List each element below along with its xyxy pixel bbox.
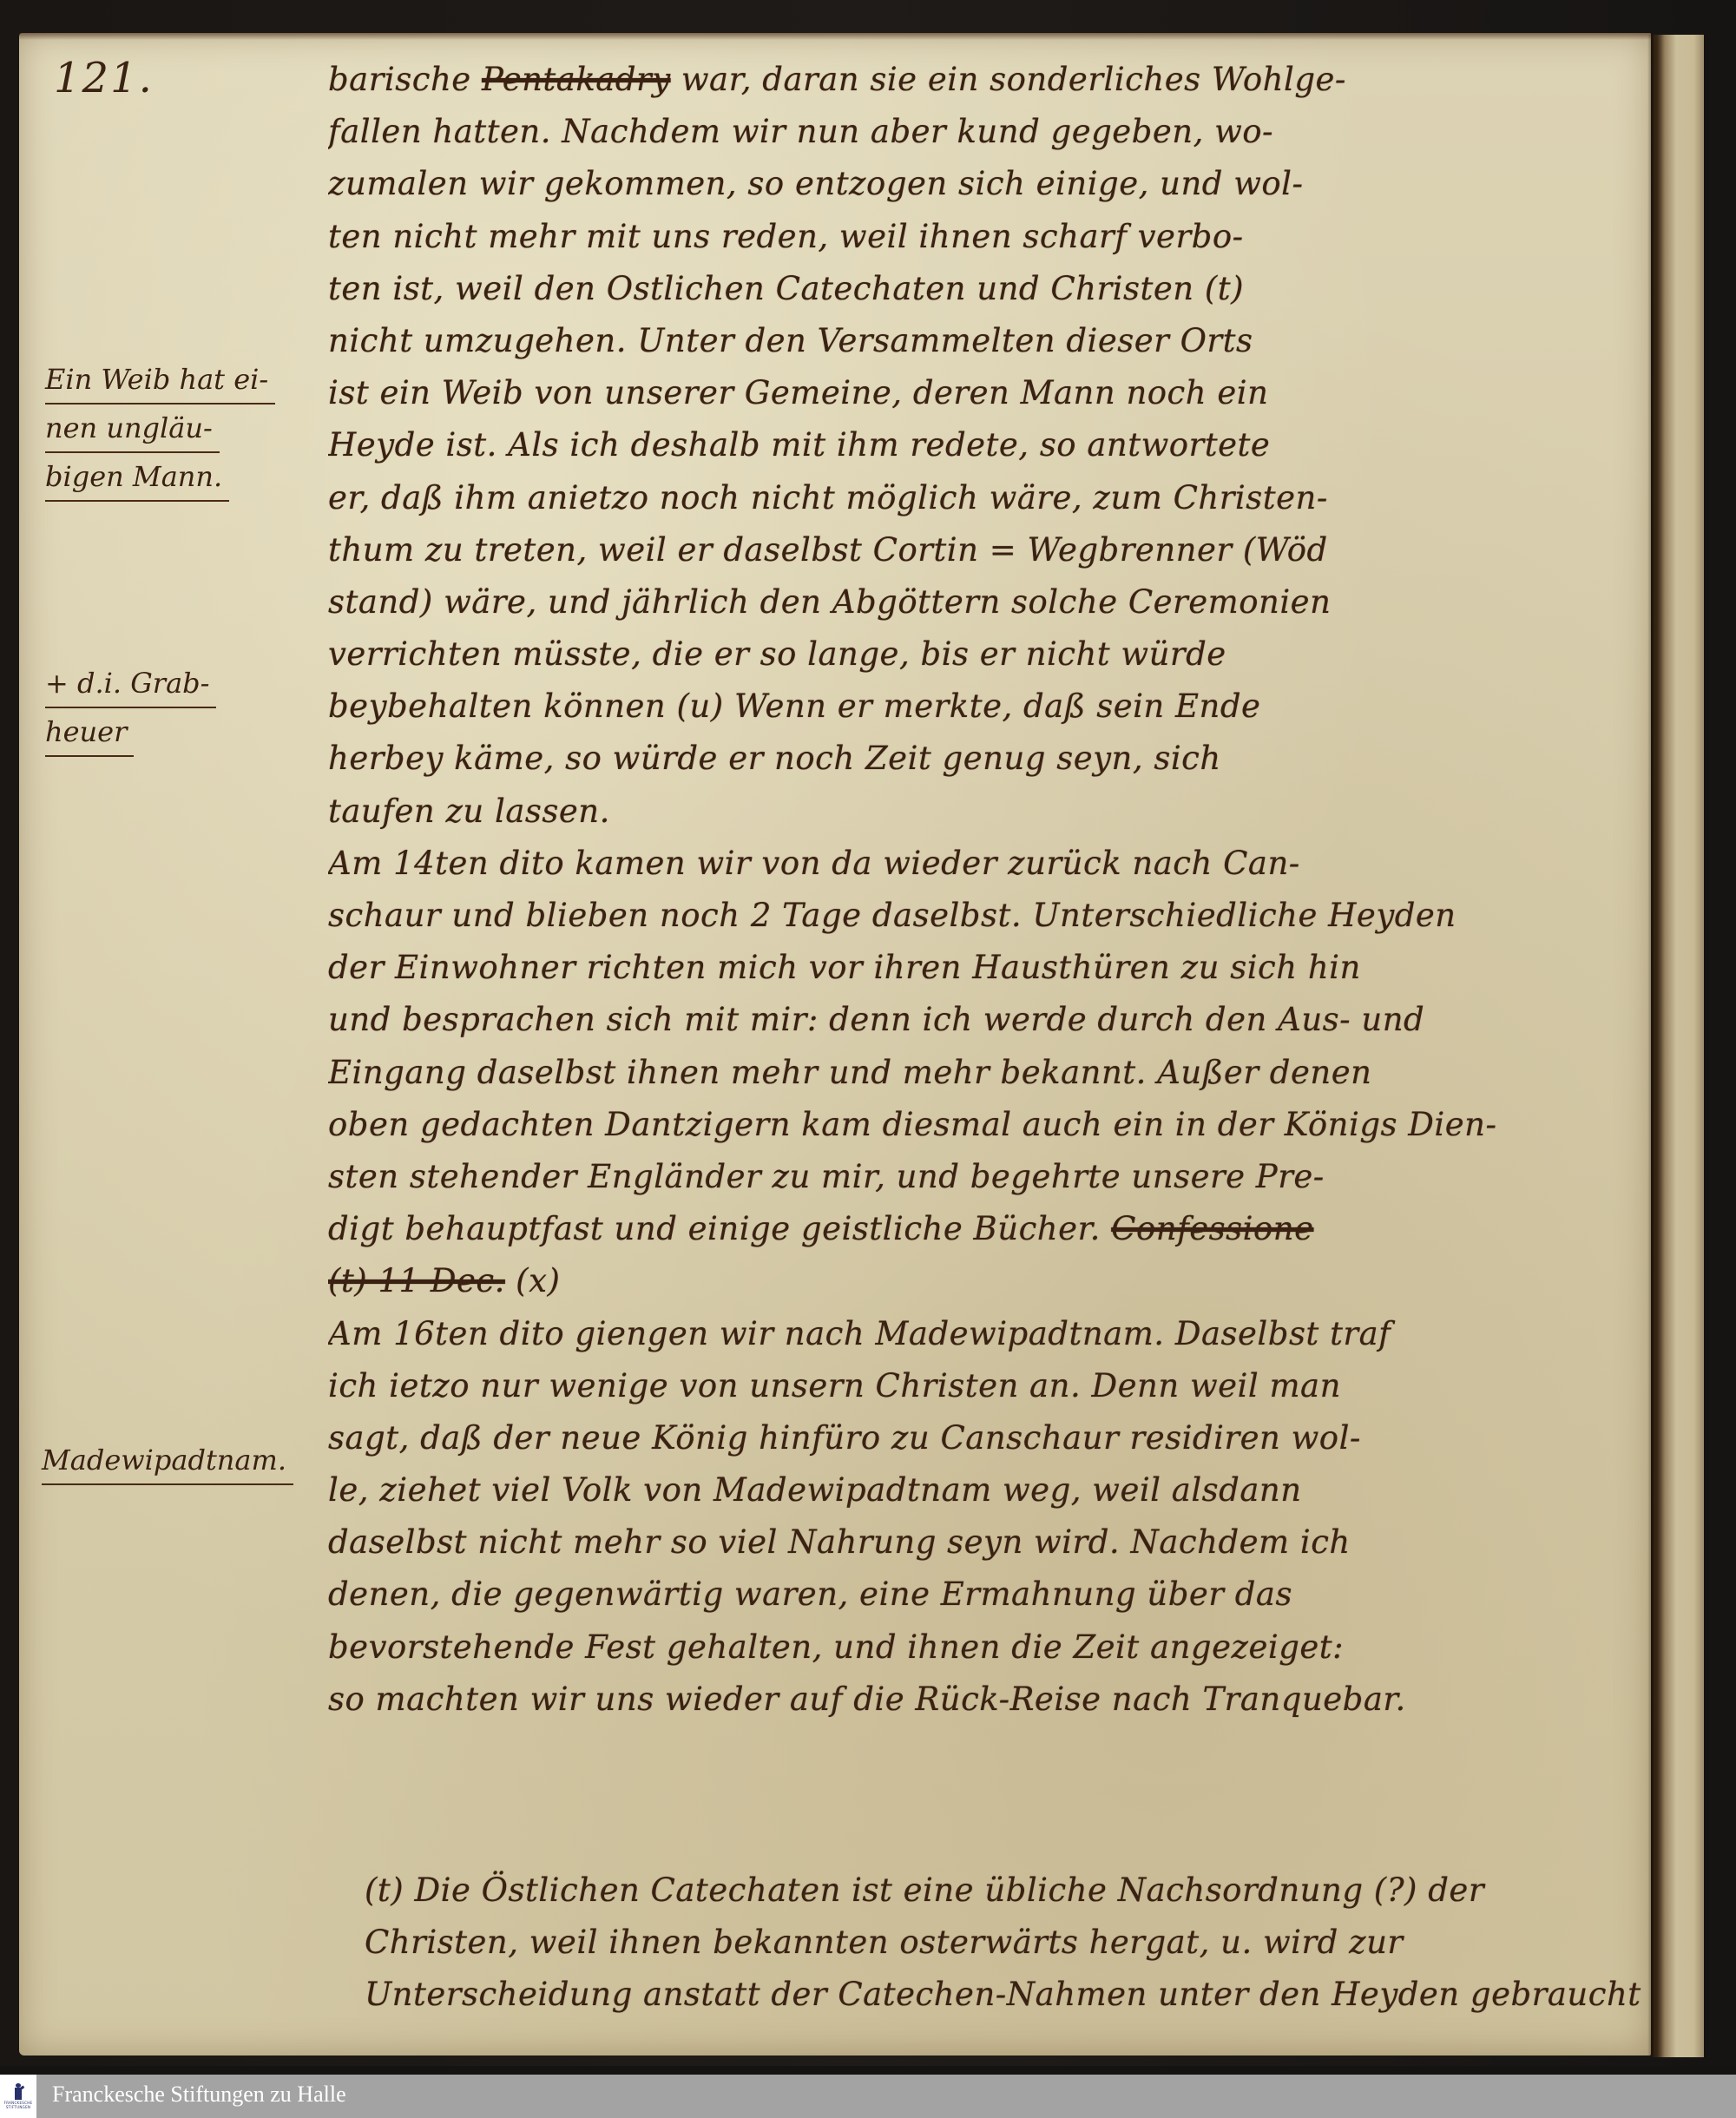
line-text: ich ietzo nur wenige von unsern Christen… — [328, 1367, 1341, 1404]
line-text: fallen hatten. Nachdem wir nun aber kund… — [328, 113, 1273, 150]
line-text: Eingang daselbst ihnen mehr und mehr bek… — [328, 1054, 1371, 1091]
line-text: Christen, weil ihnen bekannten osterwärt… — [365, 1924, 1404, 1961]
line-text: herbey käme, so würde er noch Zeit genug… — [328, 740, 1221, 777]
main-text: barische Pentakadry war, daran sie ein s… — [328, 54, 1647, 1726]
footnote-line: (t) Die Östlichen Catechaten ist eine üb… — [365, 1865, 1649, 1917]
line-text: sten stehender Engländer zu mir, und beg… — [328, 1158, 1325, 1195]
manuscript-line: thum zu treten, weil er daselbst Cortin … — [328, 524, 1647, 576]
manuscript-line: barische Pentakadry war, daran sie ein s… — [328, 54, 1647, 106]
manuscript-line: (t) 11 Dec. (x) — [328, 1255, 1647, 1307]
line-text: der Einwohner richten mich vor ihren Hau… — [328, 949, 1361, 986]
line-text: thum zu treten, weil er daselbst Cortin … — [328, 531, 1328, 569]
manuscript-line: Am 16ten dito giengen wir nach Madewipad… — [328, 1308, 1647, 1360]
line-text: beybehalten können (u) Wenn er merkte, d… — [328, 687, 1260, 725]
line-text: (t) Die Östlichen Catechaten ist eine üb… — [365, 1871, 1484, 1909]
footnote-line: Unterscheidung anstatt der Catechen-Nahm… — [365, 1969, 1649, 2021]
line-text: daselbst nicht mehr so viel Nahrung seyn… — [328, 1523, 1351, 1561]
line-text: bevorstehende Fest gehalten, und ihnen d… — [328, 1628, 1344, 1666]
margin-note-text: Madewipadtnam. — [42, 1437, 293, 1485]
margin-note-text: + d.i. Grab- — [45, 660, 216, 708]
line-text: ist ein Weib von unserer Gemeine, deren … — [328, 374, 1268, 411]
line-text: barische — [328, 61, 482, 98]
manuscript-line: ten ist, weil den Ostlichen Catechaten u… — [328, 263, 1647, 315]
page-edge-stain — [19, 33, 1651, 40]
line-text: zumalen wir gekommen, so entzogen sich e… — [328, 165, 1304, 202]
gutter-shadow — [1647, 35, 1665, 2057]
manuscript-line: denen, die gegenwärtig waren, eine Ermah… — [328, 1569, 1647, 1621]
manuscript-line: ist ein Weib von unserer Gemeine, deren … — [328, 367, 1647, 419]
footnote-line: Christen, weil ihnen bekannten osterwärt… — [365, 1917, 1649, 1969]
manuscript-line: fallen hatten. Nachdem wir nun aber kund… — [328, 106, 1647, 158]
line-text: und besprachen sich mit mir: denn ich we… — [328, 1001, 1424, 1038]
manuscript-line: oben gedachten Dantzigern kam diesmal au… — [328, 1099, 1647, 1151]
manuscript-line: nicht umzugehen. Unter den Versammelten … — [328, 315, 1647, 367]
manuscript-line: der Einwohner richten mich vor ihren Hau… — [328, 942, 1647, 994]
margin-note-text: heuer — [45, 708, 134, 757]
manuscript-line: Am 14ten dito kamen wir von da wieder zu… — [328, 838, 1647, 890]
line-text: sagt, daß der neue König hinfüro zu Cans… — [328, 1419, 1361, 1457]
line-text: le, ziehet viel Volk von Madewipadtnam w… — [328, 1471, 1302, 1509]
line-text: Am 16ten dito giengen wir nach Madewipad… — [328, 1315, 1391, 1352]
manuscript-line: taufen zu lassen. — [328, 786, 1647, 838]
manuscript-line: beybehalten können (u) Wenn er merkte, d… — [328, 681, 1647, 733]
manuscript-line: ich ietzo nur wenige von unsern Christen… — [328, 1360, 1647, 1412]
manuscript-line: ten nicht mehr mit uns reden, weil ihnen… — [328, 211, 1647, 263]
line-text: ten nicht mehr mit uns reden, weil ihnen… — [328, 218, 1244, 255]
line-text: denen, die gegenwärtig waren, eine Ermah… — [328, 1575, 1292, 1613]
struck-text: (t) 11 Dec. — [328, 1262, 505, 1299]
line-text: verrichten müsste, die er so lange, bis … — [328, 635, 1226, 673]
margin-note-text: nen ungläu- — [45, 405, 220, 453]
manuscript-line: Heyde ist. Als ich deshalb mit ihm redet… — [328, 419, 1647, 471]
line-text: taufen zu lassen. — [328, 793, 610, 830]
institution-name: Franckesche Stiftungen zu Halle — [52, 2082, 346, 2108]
manuscript-line: stand) wäre, und jährlich den Abgöttern … — [328, 576, 1647, 628]
line-text: Heyde ist. Als ich deshalb mit ihm redet… — [328, 426, 1270, 464]
line-text: oben gedachten Dantzigern kam diesmal au… — [328, 1106, 1496, 1143]
footer-bar: FRANCKESCHE STIFTUNGEN Franckesche Stift… — [0, 2075, 1736, 2118]
manuscript-line: schaur und blieben noch 2 Tage daselbst.… — [328, 890, 1647, 942]
line-text: war, daran sie ein sonderliches Wohlge- — [671, 61, 1346, 98]
line-text: (x) — [505, 1262, 561, 1299]
line-text: Unterscheidung anstatt der Catechen-Nahm… — [365, 1976, 1641, 2013]
manuscript-line: verrichten müsste, die er so lange, bis … — [328, 628, 1647, 681]
line-text: ten ist, weil den Ostlichen Catechaten u… — [328, 270, 1244, 307]
struck-text: Pentakadry — [482, 61, 671, 98]
struck-text: Confessione — [1111, 1210, 1313, 1247]
manuscript-line: und besprachen sich mit mir: denn ich we… — [328, 994, 1647, 1046]
manuscript-line: le, ziehet viel Volk von Madewipadtnam w… — [328, 1464, 1647, 1516]
margin-note-1: Ein Weib hat ei-nen ungläu-bigen Mann. — [45, 356, 275, 502]
institution-logo[interactable]: FRANCKESCHE STIFTUNGEN — [0, 2075, 36, 2118]
statue-icon — [12, 2083, 24, 2101]
manuscript-line: herbey käme, so würde er noch Zeit genug… — [328, 733, 1647, 785]
line-text: er, daß ihm anietzo noch nicht möglich w… — [328, 479, 1328, 516]
line-text: schaur und blieben noch 2 Tage daselbst.… — [328, 897, 1457, 934]
manuscript-line: digt behauptfast und einige geistliche B… — [328, 1203, 1647, 1255]
manuscript-line: Eingang daselbst ihnen mehr und mehr bek… — [328, 1047, 1647, 1099]
line-text: Am 14ten dito kamen wir von da wieder zu… — [328, 845, 1300, 882]
line-text: so machten wir uns wieder auf die Rück-R… — [328, 1681, 1406, 1718]
manuscript-line: daselbst nicht mehr so viel Nahrung seyn… — [328, 1516, 1647, 1569]
manuscript-line: bevorstehende Fest gehalten, und ihnen d… — [328, 1621, 1647, 1674]
line-text: nicht umzugehen. Unter den Versammelten … — [328, 322, 1253, 359]
manuscript-line: sagt, daß der neue König hinfüro zu Cans… — [328, 1412, 1647, 1464]
margin-note-text: bigen Mann. — [45, 453, 229, 502]
footnote-text: (t) Die Östlichen Catechaten ist eine üb… — [365, 1865, 1649, 2022]
margin-note-2: + d.i. Grab-heuer — [45, 660, 216, 757]
manuscript-line: zumalen wir gekommen, so entzogen sich e… — [328, 158, 1647, 210]
margin-note-3: Madewipadtnam. — [42, 1437, 293, 1485]
logo-text-2: STIFTUNGEN — [6, 2105, 30, 2109]
margin-note-text: Ein Weib hat ei- — [45, 356, 275, 405]
line-text: digt behauptfast und einige geistliche B… — [328, 1210, 1111, 1247]
manuscript-line: er, daß ihm anietzo noch nicht möglich w… — [328, 472, 1647, 524]
folio-number: 121. — [54, 54, 154, 102]
manuscript-line: so machten wir uns wieder auf die Rück-R… — [328, 1674, 1647, 1726]
manuscript-line: sten stehender Engländer zu mir, und beg… — [328, 1151, 1647, 1203]
line-text: stand) wäre, und jährlich den Abgöttern … — [328, 583, 1331, 621]
